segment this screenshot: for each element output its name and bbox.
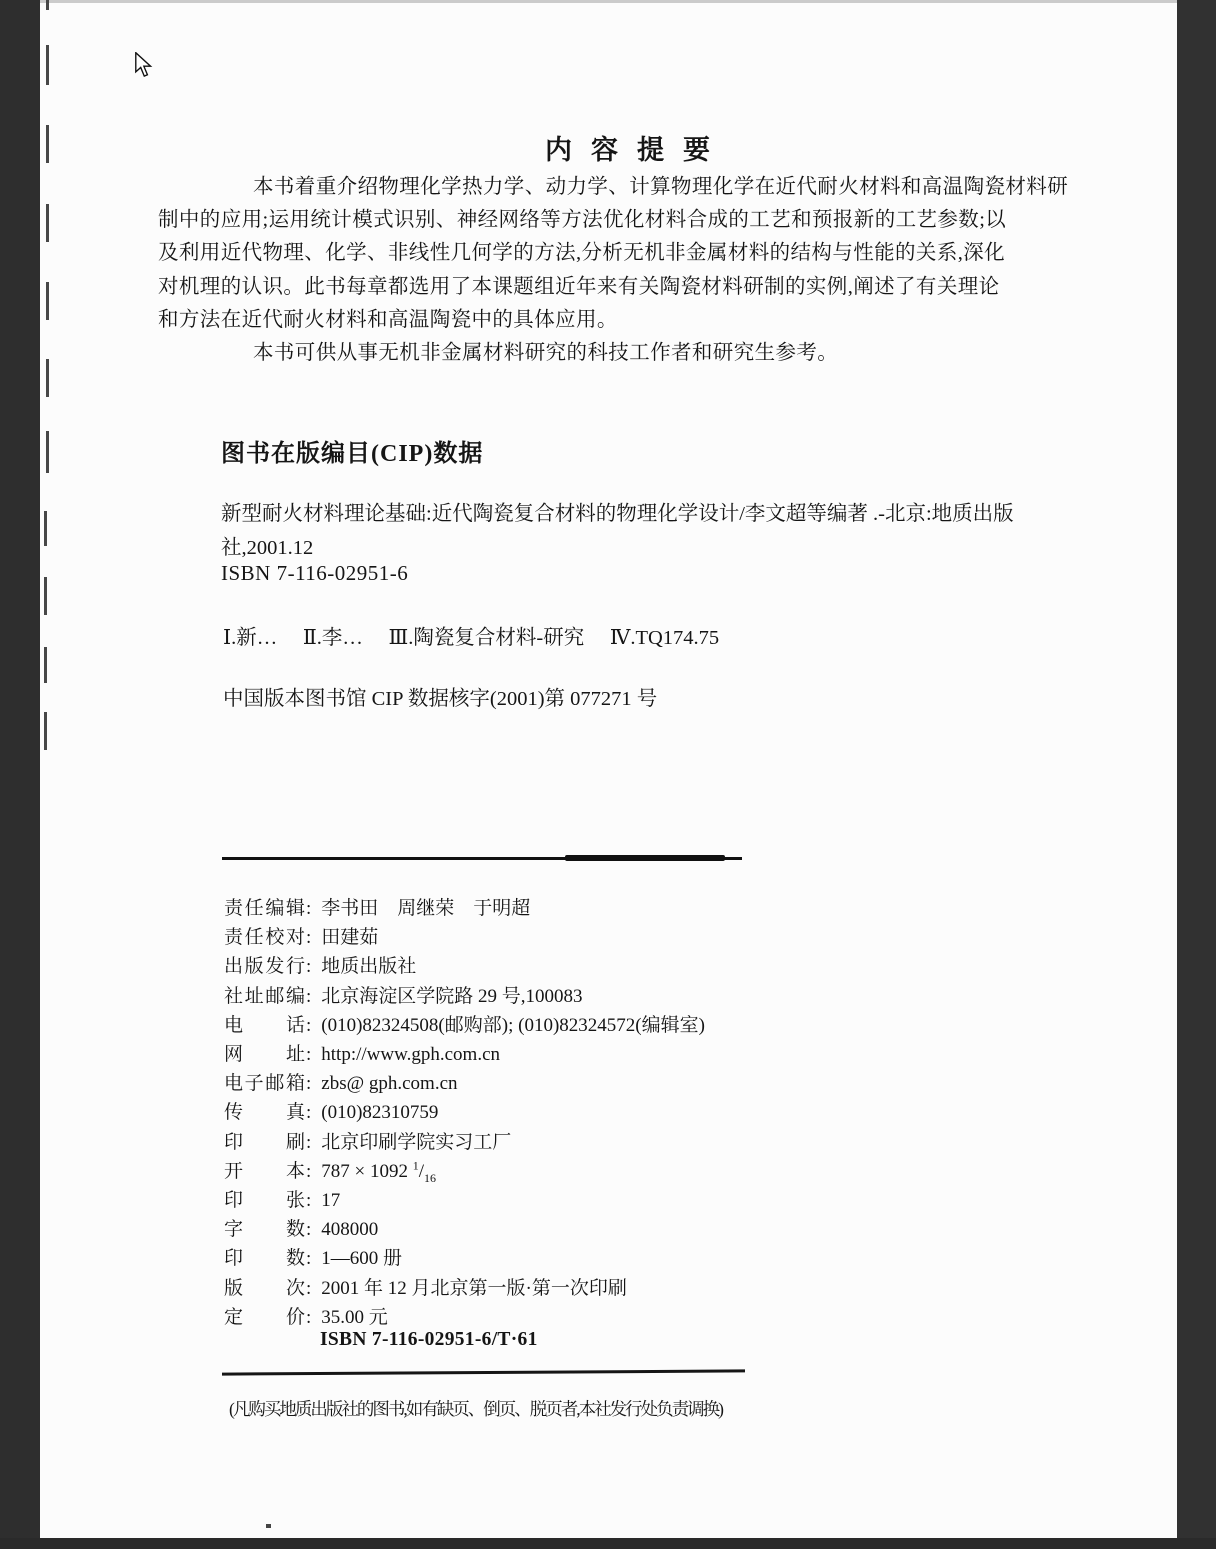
scan-border-bottom [0,1538,1216,1549]
colophon-row-wordcount: 字数:408000 [224,1214,378,1241]
colophon-row-editor: 责任编辑:李书田 周继荣 于明超 [224,893,530,920]
colophon-label: 印数 [224,1243,305,1270]
summary-paragraph: 本书着重介绍物理化学热力学、动力学、计算物理化学在近代耐火材料和高温陶瓷材料研 … [158,171,1070,370]
colophon-colon: : [306,1044,311,1065]
colophon-colon: : [306,986,311,1007]
colophon-label: 出版发行 [224,951,305,978]
colophon-colon: : [306,956,311,977]
colophon-row-address: 社址邮编:北京海淀区学院路 29 号,100083 [224,981,583,1008]
colophon-row-phone: 电话:(010)82324508(邮购部); (010)82324572(编辑室… [224,1010,705,1037]
colophon-value: 地质出版社 [321,956,416,977]
colophon-label: 责任编辑 [224,893,305,920]
scan-speck [266,1524,271,1528]
binding-mark [46,359,49,397]
summary-line: 及利用近代物理、化学、非线性几何学的方法,分析无机非金属材料的结构与性能的关系,… [158,237,1070,270]
colophon-row-printer: 印刷:北京印刷学院实习工厂 [224,1127,511,1154]
scanned-book-copyright-page: 内容提要 本书着重介绍物理化学热力学、动力学、计算物理化学在近代耐火材料和高温陶… [0,0,1216,1549]
colophon-colon: : [306,927,311,948]
colophon-value: zbs@ gph.com.cn [321,1073,457,1094]
colophon-value: (010)82310759 [321,1102,438,1123]
binding-mark [44,647,47,683]
colophon-value: 北京印刷学院实习工厂 [321,1132,511,1153]
binding-mark [46,0,49,10]
format-base: 787 × 1092 [321,1161,412,1182]
cip-title-line1: 新型耐火材料理论基础:近代陶瓷复合材料的物理化学设计/李文超等编著 .-北京:地… [221,496,1014,526]
summary-heading: 内容提要 [545,128,729,167]
colophon-row-fax: 传真:(010)82310759 [224,1097,438,1124]
summary-line: 对机理的认识。此书每章都选用了本课题组近年来有关陶瓷材料研制的实例,阐述了有关理… [158,271,1070,304]
colophon-label: 责任校对 [224,922,305,949]
colophon-value: 35.00 元 [321,1307,388,1328]
colophon-value: 北京海淀区学院路 29 号,100083 [321,986,582,1007]
colophon-value: 田建茹 [321,927,378,948]
colophon-label: 电子邮箱 [224,1068,305,1095]
colophon-value: 1—600 册 [321,1248,402,1269]
colophon-label: 印刷 [224,1127,305,1154]
colophon-row-publisher: 出版发行:地质出版社 [224,951,416,978]
colophon-label: 开本 [224,1156,305,1183]
summary-line: 制中的应用;运用统计模式识别、神经网络等方法优化材料合成的工艺和预报新的工艺参数… [158,204,1070,237]
scan-border-left [0,0,40,1549]
colophon-row-edition: 版次:2001 年 12 月北京第一版·第一次印刷 [224,1273,627,1300]
summary-line: 本书着重介绍物理化学热力学、动力学、计算物理化学在近代耐火材料和高温陶瓷材料研 [158,171,1070,204]
colophon-colon: : [306,1248,311,1269]
colophon-row-email: 电子邮箱:zbs@ gph.com.cn [224,1068,458,1095]
colophon-colon: : [306,1219,311,1240]
colophon-label: 印张 [224,1185,305,1212]
cip-record-number: 中国版本图书馆 CIP 数据核字(2001)第 077271 号 [223,681,657,711]
colophon-value: (010)82324508(邮购部); (010)82324572(编辑室) [321,1015,705,1036]
binding-mark [44,577,47,615]
colophon-label: 电话 [224,1010,305,1037]
colophon-colon: : [306,1161,311,1182]
binding-mark [44,712,47,750]
colophon-row-price: 定价:35.00 元 [224,1302,388,1329]
binding-mark [46,204,49,242]
colophon-value: 2001 年 12 月北京第一版·第一次印刷 [321,1278,627,1299]
summary-line: 和方法在近代耐火材料和高温陶瓷中的具体应用。 [158,304,1070,337]
colophon-row-proofreader: 责任校对:田建茹 [224,922,378,949]
colophon-colon: : [306,1073,311,1094]
cip-heading: 图书在版编目(CIP)数据 [221,433,483,468]
colophon-value: 李书田 周继荣 于明超 [321,898,530,919]
colophon-colon: : [306,1015,311,1036]
colophon-label: 传真 [224,1097,305,1124]
colophon-value: http://www.gph.com.cn [321,1044,500,1065]
colophon-row-format: 开本:787 × 1092 1/16 [224,1156,436,1186]
colophon-colon: : [306,1132,311,1153]
binding-mark [46,45,49,85]
cip-classification: Ⅰ.新… Ⅱ.李… Ⅲ.陶瓷复合材料-研究 Ⅳ.TQ174.75 [223,620,719,650]
mouse-cursor-icon [134,52,154,78]
summary-line: 本书可供从事无机非金属材料研究的科技工作者和研究生参考。 [158,337,1070,370]
colophon-label: 定价 [224,1302,305,1329]
cip-isbn: ISBN 7-116-02951-6 [221,561,408,586]
scan-border-right [1177,0,1216,1549]
colophon-label: 字数 [224,1214,305,1241]
colophon-colon: : [306,1190,311,1211]
binding-mark [46,125,49,163]
separator-line-bottom [222,1369,745,1375]
colophon-colon: : [306,1102,311,1123]
colophon-label: 社址邮编 [224,981,305,1008]
binding-mark [44,511,47,546]
separator-line-top-thick [565,855,725,861]
colophon-row-printrun: 印数:1—600 册 [224,1243,402,1270]
colophon-colon: : [306,1307,311,1328]
colophon-value: 17 [321,1190,340,1211]
colophon-colon: : [306,898,311,919]
replacement-notice: (凡购买地质出版社的图书,如有缺页、倒页、脱页者,本社发行处负责调换) [229,1396,722,1421]
scan-edge-line [40,0,1177,3]
colophon-row-website: 网址:http://www.gph.com.cn [224,1039,500,1066]
colophon-value: 408000 [321,1219,378,1240]
binding-mark [46,282,49,320]
isbn-price-code: ISBN 7-116-02951-6/T·61 [320,1329,538,1351]
binding-mark [46,431,49,473]
colophon-value: 787 × 1092 1/16 [321,1161,436,1182]
colophon-colon: : [306,1278,311,1299]
cip-title-line2: 社,2001.12 [221,530,313,560]
colophon-label: 网址 [224,1039,305,1066]
colophon-label: 版次 [224,1273,305,1300]
colophon-row-sheets: 印张:17 [224,1185,340,1212]
format-fraction-denominator: 16 [424,1171,436,1185]
